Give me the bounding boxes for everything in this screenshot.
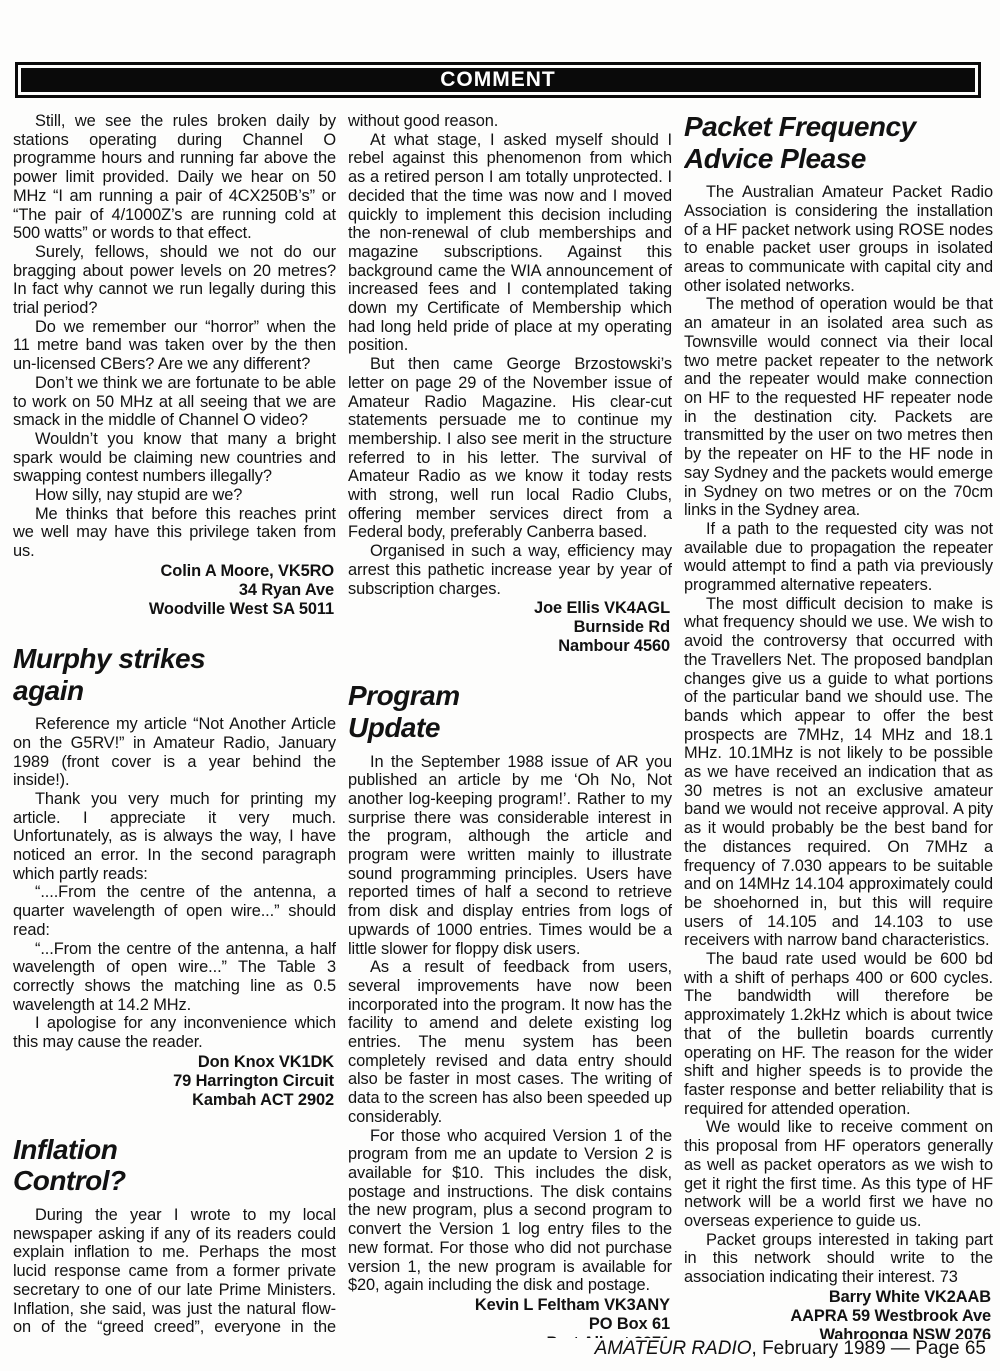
body-paragraph: During the year I wrote to my local news… — [13, 1206, 336, 1338]
body-paragraph: How silly, nay stupid are we? — [13, 486, 336, 505]
letter-heading: Inflation Control? — [13, 1134, 336, 1197]
body-paragraph: The Australian Amateur Packet Radio Asso… — [684, 183, 993, 295]
body-paragraph: But then came George Brzostowski’s lette… — [348, 355, 672, 542]
body-paragraph: At what stage, I asked myself should I r… — [348, 131, 672, 355]
text-column-1: Still, we see the rules broken daily by … — [13, 112, 336, 1338]
body-paragraph: For those who acquired Version 1 of the … — [348, 1127, 672, 1295]
letter-signature: Don Knox VK1DK79 Harrington CircuitKamba… — [13, 1053, 334, 1110]
signature-line: 34 Ryan Ave — [13, 581, 334, 600]
comment-header-banner: COMMENT — [15, 62, 981, 98]
body-paragraph: Don’t we think we are fortunate to be ab… — [13, 374, 336, 430]
signature-line: Colin A Moore, VK5RO — [13, 562, 334, 581]
magazine-title: AMATEUR RADIO — [595, 1338, 752, 1359]
signature-line: Don Knox VK1DK — [13, 1053, 334, 1072]
issue-page-info: , February 1989 — Page 65 — [752, 1338, 986, 1359]
body-paragraph: As a result of feedback from users, seve… — [348, 958, 672, 1126]
body-paragraph: Wouldn’t you know that many a bright spa… — [13, 430, 336, 486]
body-paragraph: If a path to the requested city was not … — [684, 520, 993, 595]
body-paragraph: The method of operation would be that an… — [684, 295, 993, 519]
letter-heading: Packet Frequency Advice Please — [684, 111, 993, 174]
body-paragraph: “....From the centre of the antenna, a q… — [13, 883, 336, 939]
letter-signature: Kevin L Feltham VK3ANYPO Box 61Port Albe… — [348, 1296, 670, 1338]
signature-line: 79 Harrington Circuit — [13, 1072, 334, 1091]
letter-heading: Murphy strikes again — [13, 643, 336, 706]
body-paragraph: Surely, fellows, should we not do our br… — [13, 243, 336, 318]
signature-line: Burnside Rd — [348, 618, 670, 637]
body-paragraph: The most difficult decision to make is w… — [684, 595, 993, 950]
signature-line: Barry White VK2AAB — [684, 1288, 991, 1307]
letter-signature: Barry White VK2AABAAPRA 59 Westbrook Ave… — [684, 1288, 991, 1339]
body-paragraph: Me thinks that before this reaches print… — [13, 505, 336, 561]
body-paragraph: Reference my article “Not Another Articl… — [13, 715, 336, 790]
page-footer: AMATEUR RADIO, February 1989 — Page 65 — [595, 1338, 986, 1360]
letter-signature: Joe Ellis VK4AGLBurnside RdNambour 4560 — [348, 599, 670, 656]
letter-signature: Colin A Moore, VK5RO34 Ryan AveWoodville… — [13, 562, 334, 619]
body-paragraph: I apologise for any inconvenience which … — [13, 1014, 336, 1051]
text-column-2: without good reason.At what stage, I ask… — [348, 112, 672, 1338]
body-paragraph: We would like to receive comment on this… — [684, 1118, 993, 1230]
body-paragraph: Organised in such a way, efficiency may … — [348, 542, 672, 598]
signature-line: Kevin L Feltham VK3ANY — [348, 1296, 670, 1315]
signature-line: Woodville West SA 5011 — [13, 600, 334, 619]
body-paragraph: Thank you very much for printing my arti… — [13, 790, 336, 884]
magazine-page: COMMENT Still, we see the rules broken d… — [0, 0, 1000, 1371]
signature-line: AAPRA 59 Westbrook Ave — [684, 1307, 991, 1326]
signature-line: PO Box 61 — [348, 1315, 670, 1334]
body-paragraph: “...From the centre of the antenna, a ha… — [13, 940, 336, 1015]
body-paragraph: without good reason. — [348, 112, 672, 131]
signature-line: Wahroonga NSW 2076 — [684, 1326, 991, 1339]
body-paragraph: Do we remember our “horror” when the 11 … — [13, 318, 336, 374]
signature-line: Joe Ellis VK4AGL — [348, 599, 670, 618]
body-paragraph: Packet groups interested in taking part … — [684, 1231, 993, 1287]
signature-line: Nambour 4560 — [348, 637, 670, 656]
body-paragraph: In the September 1988 issue of AR you pu… — [348, 753, 672, 959]
letter-heading: Program Update — [348, 680, 672, 743]
text-column-3: Packet Frequency Advice PleaseThe Austra… — [684, 107, 993, 1339]
body-paragraph: The baud rate used would be 600 bd with … — [684, 950, 993, 1118]
comment-header-bar: COMMENT — [21, 68, 975, 92]
body-paragraph: Still, we see the rules broken daily by … — [13, 112, 336, 243]
signature-line: Kambah ACT 2902 — [13, 1091, 334, 1110]
page-section-title: COMMENT — [440, 68, 556, 92]
